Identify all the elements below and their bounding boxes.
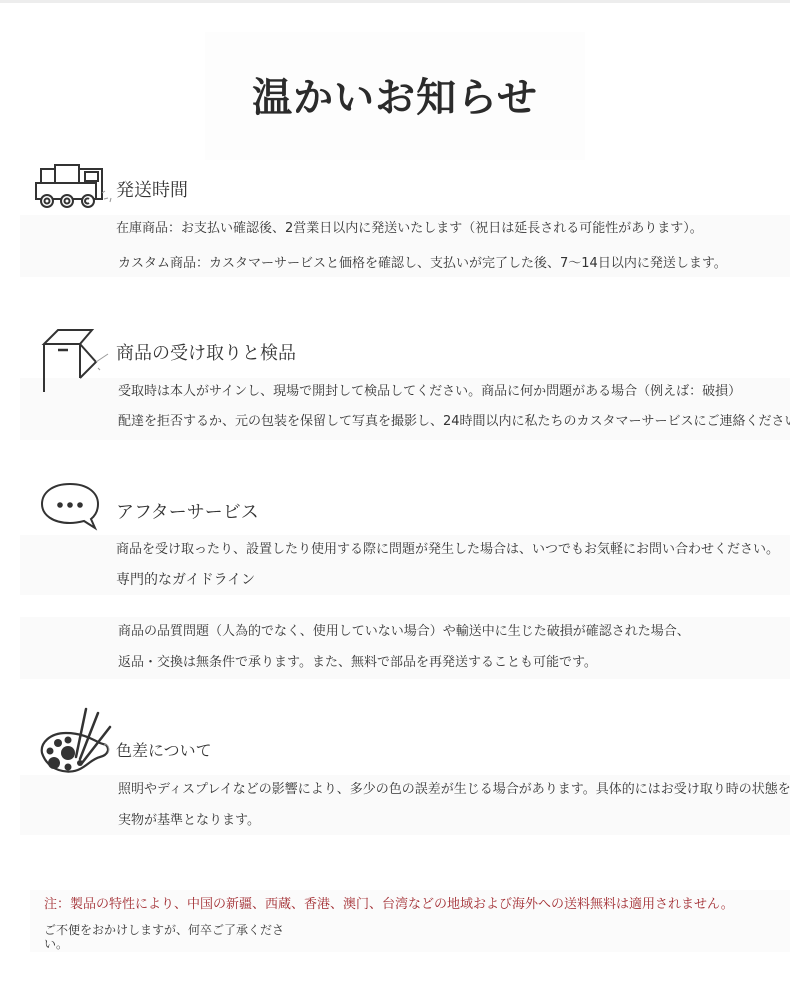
color-line-1: 照明やディスプレイなどの影響により、多少の色の誤差が生じる場合があります。具体的… bbox=[118, 781, 790, 799]
page-title: 温かいお知らせ bbox=[0, 70, 790, 126]
shipping-line-custom: カスタム商品：カスタマーサービスと価格を確認し、支払いが完了した後、7〜14日以… bbox=[118, 255, 727, 273]
open-box-icon bbox=[40, 328, 114, 396]
after-service-line: 商品を受け取ったり、設置したり使用する際に問題が発生した場合は、いつでもお気軽に… bbox=[116, 541, 779, 559]
top-divider bbox=[0, 0, 790, 3]
color-line-2: 実物が基準となります。 bbox=[118, 812, 260, 830]
truck-icon bbox=[34, 163, 116, 209]
receiving-line-2: 配達を拒否するか、元の包装を保留して写真を撮影し、24時間以内に私たちのカスタマ… bbox=[118, 413, 790, 431]
guideline-line-1: 商品の品質問題（人為的でなく、使用していない場合）や輸送中に生じた破損が確認され… bbox=[118, 623, 690, 641]
apology-text: ご不便をおかけしますが、何卒ご了承ください。 bbox=[44, 923, 284, 951]
section-heading-shipping: 発送時間 bbox=[116, 179, 188, 203]
paint-palette-icon bbox=[38, 705, 118, 777]
receiving-line-1: 受取時は本人がサインし、現場で開封して検品してください。商品に何か問題がある場合… bbox=[118, 383, 741, 401]
guideline-line-2: 返品・交換は無条件で承ります。また、無料で部品を再発送することも可能です。 bbox=[118, 654, 597, 672]
shipping-exclusion-notice: 注：製品の特性により、中国の新疆、西蔵、香港、澳门、台湾などの地域および海外への… bbox=[44, 896, 734, 914]
chat-bubble-icon bbox=[40, 482, 100, 534]
shipping-line-stock: 在庫商品：お支払い確認後、2営業日以内に発送いたします（祝日は延長される可能性が… bbox=[116, 220, 703, 238]
guideline-subheading: 専門的なガイドライン bbox=[116, 571, 255, 589]
section-heading-color: 色差について bbox=[116, 739, 212, 763]
section-heading-after-service: アフターサービス bbox=[116, 501, 259, 525]
section-heading-receiving: 商品の受け取りと検品 bbox=[116, 342, 296, 366]
